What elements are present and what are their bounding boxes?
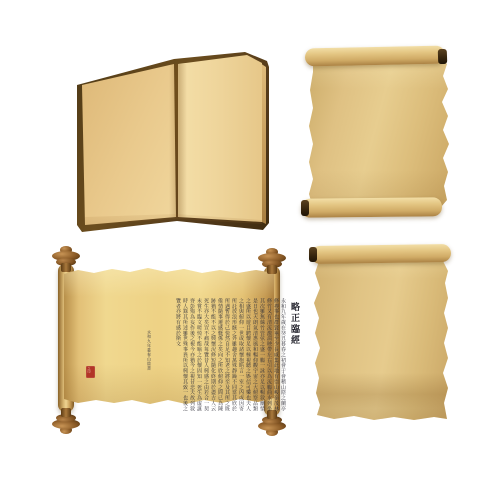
calligraphy-title: 略正臨經 [288,302,299,372]
parchment-scroll-bottom-right [309,243,469,423]
illustration-canvas: 新图网 新图网 新图网 新图网 [0,0,500,500]
scroll-roll-end-tip [438,49,448,64]
scroll-roll-end-tip [301,200,309,216]
calligraphy-body-text: 永和九年歲在癸丑暮春之初會于會稽山陰之蘭亭修禊事也群賢畢至少長咸集此地有崇山峻嶺… [156,298,286,412]
scroll-top-roll [305,46,445,67]
roller-finial-bottom-right [257,410,287,436]
finial-neck [61,408,71,417]
finial-neck [61,263,71,272]
roller-finial-top-left [51,246,81,272]
scroll-bottom-roll [301,197,442,217]
seal-text: 之印 [86,366,92,374]
finial-neck [267,265,277,274]
parchment-body [309,243,469,423]
calligraphy-signature: 永和九年暮春山陰書 [138,330,152,410]
parchment-scroll-top-right [301,44,469,224]
red-seal-stamp: 之印 [86,366,95,378]
open-book [77,52,269,233]
scroll-roll-end-tip [309,247,317,262]
roller-finial-top-right [257,248,287,274]
scroll-top-roll [311,244,451,264]
roller-finial-bottom-left [51,408,81,434]
book-gutter-shadow [169,64,187,217]
